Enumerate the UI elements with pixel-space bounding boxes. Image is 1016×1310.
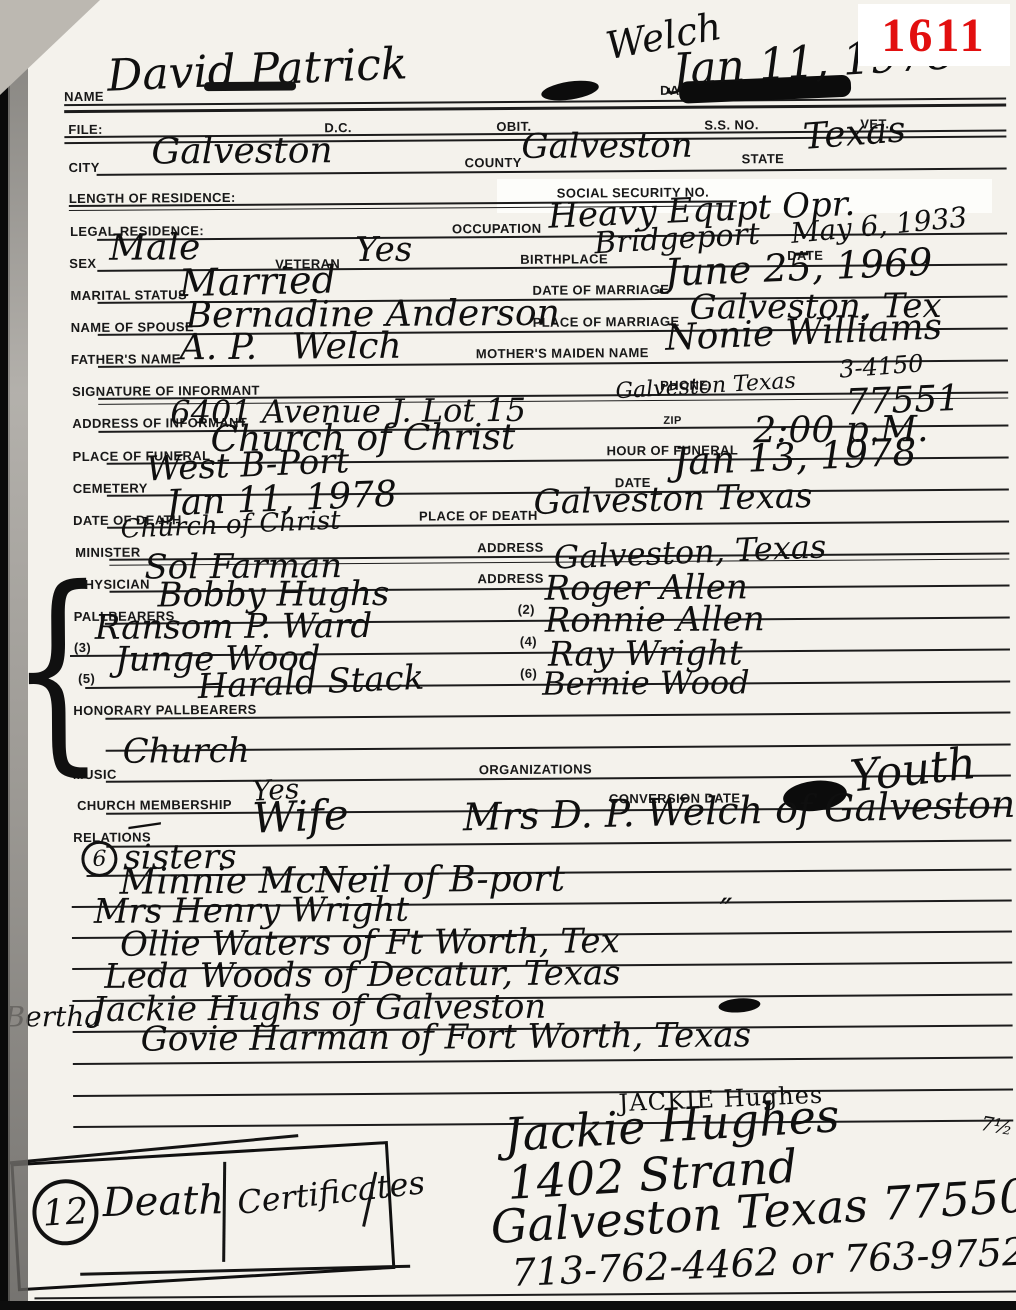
father-label: FATHER'S NAME	[71, 351, 181, 367]
name-label: NAME	[64, 89, 104, 104]
pallbearer-6-marker: (6)	[520, 666, 537, 681]
city-value: Galveston	[151, 133, 332, 170]
length-of-residence-label: LENGTH OF RESIDENCE:	[69, 190, 236, 206]
ink-scribble	[718, 997, 761, 1014]
occupation-label: OCCUPATION	[452, 221, 542, 237]
relations-ditto-mark: ″	[720, 894, 733, 928]
ssno-label: S.S. NO.	[704, 117, 759, 132]
catalog-number-box: 1611	[858, 4, 1010, 66]
organizations-label: ORGANIZATIONS	[479, 761, 592, 777]
certificate-word-1: Death	[102, 1180, 224, 1223]
physician-address-label: ADDRESS	[477, 571, 543, 586]
certificate-word-2: Certificates	[236, 1166, 427, 1219]
state-value: Texas	[802, 112, 907, 156]
scanned-record-page: NAME DATE FILE: D.C. OBIT. S.S. NO. VET.…	[0, 0, 1016, 1310]
pallbearer-2-marker: (2)	[518, 602, 535, 617]
funeral-date-value: Jan 13, 1978	[672, 433, 917, 481]
minister-address-label: ADDRESS	[477, 540, 543, 555]
record-form: NAME DATE FILE: D.C. OBIT. S.S. NO. VET.…	[0, 0, 1016, 1310]
spouse-label: NAME OF SPOUSE	[71, 319, 194, 335]
relations-wife: Wife	[252, 794, 350, 840]
veteran-value: Yes	[355, 233, 412, 267]
scan-edge-gray-strip	[8, 0, 28, 1310]
ruled-line	[106, 839, 1011, 847]
ink-dash	[80, 1265, 410, 1276]
marital-status-label: MARITAL STATUS	[70, 287, 187, 303]
county-value: Galveston	[521, 129, 692, 164]
sisters-count-circled: 6	[81, 841, 117, 877]
place-of-death-value: Galveston Texas	[533, 479, 813, 520]
mother-value: Nonie Williams	[664, 309, 942, 357]
zip-label: ZIP	[663, 415, 681, 427]
father-value: A. P. Welch	[180, 329, 402, 367]
mother-label: MOTHER'S MAIDEN NAME	[476, 345, 649, 361]
ink-dash	[0, 1134, 298, 1165]
place-of-death-label: PLACE OF DEATH	[419, 508, 538, 524]
pallbearer-4-marker: (4)	[520, 634, 537, 649]
honorary-left-value: Harald Stack	[197, 661, 425, 704]
relations-line-6: Govie Harman of Fort Worth, Texas	[141, 1018, 752, 1056]
city-label: CITY	[69, 160, 100, 175]
catalog-number: 1611	[881, 8, 986, 63]
minister-value: Church of Christ	[120, 508, 341, 543]
relations-wife-detail: Mrs D. P. Welch of Galveston	[462, 785, 1015, 836]
margin-note: 7½	[979, 1113, 1014, 1138]
ink-dash	[204, 81, 296, 91]
death-certificates-note-box: 12 Death Certificates	[10, 1141, 395, 1291]
phone-value: 3-4150	[838, 351, 924, 381]
ink-divider	[222, 1162, 226, 1262]
cemetery-label: CEMETERY	[73, 481, 148, 497]
date-of-marriage-value: June 25, 1969	[664, 243, 933, 292]
state-label: STATE	[741, 151, 784, 166]
file-label: FILE:	[68, 122, 103, 137]
honorary-right-value: Bernie Wood	[542, 666, 750, 699]
scan-bottom-band	[0, 1301, 1016, 1310]
music-value: Church	[123, 734, 250, 769]
pallbearer-4-value: Ronnie Allen	[545, 602, 765, 638]
ruled-line	[73, 1088, 1013, 1097]
county-label: COUNTY	[465, 155, 522, 170]
sex-label: SEX	[69, 256, 96, 271]
certificate-count-circled: 12	[31, 1177, 101, 1247]
